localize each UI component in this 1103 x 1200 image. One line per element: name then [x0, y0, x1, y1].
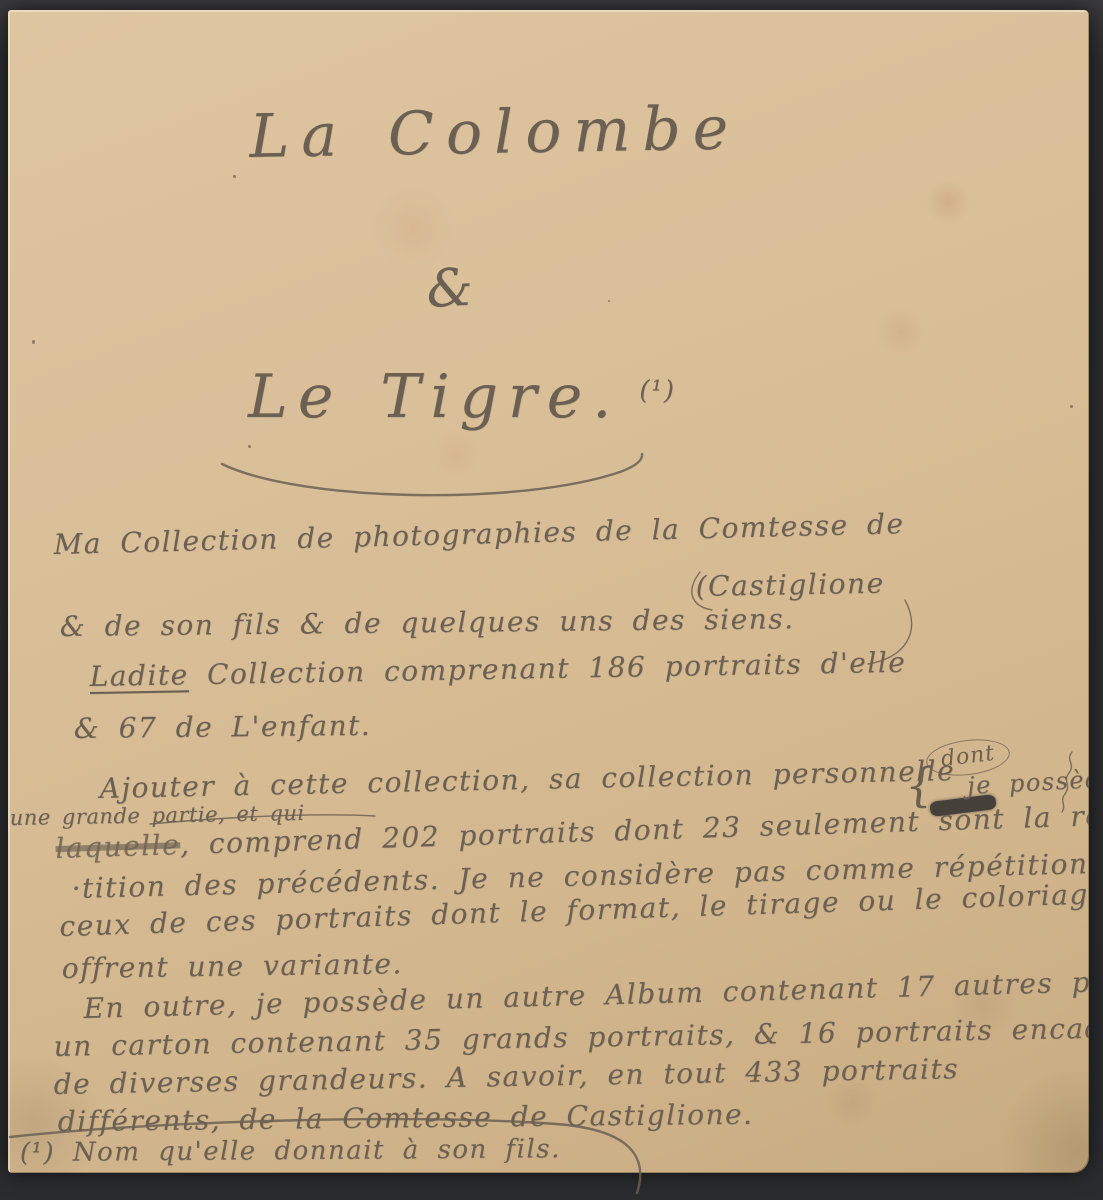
paper-speck [248, 445, 251, 448]
body-line-6: Ajouter à cette collection, sa collectio… [99, 754, 955, 805]
paper-speck [233, 175, 236, 178]
body-line-3: & de son fils & de quelques uns des sien… [60, 602, 795, 643]
paper-speck [1070, 405, 1073, 408]
paper-speck [608, 300, 610, 302]
title-ampersand: & [425, 258, 476, 320]
footnote-reference: (¹) [639, 376, 676, 406]
body-line-14: différents, de la Comtesse de Castiglion… [58, 1098, 754, 1138]
body-line-4-rest: Collection comprenant 186 portraits d'el… [188, 646, 906, 692]
title-la-colombe: La Colombe [249, 93, 741, 172]
title-le-tigre: Le Tigre. [248, 362, 621, 432]
underlined-word-ladite: Ladite [89, 658, 189, 693]
struck-word-laquelle: laquelle [55, 828, 181, 865]
body-line-2-castiglione: (Castiglione [695, 567, 884, 603]
manuscript-photo: La Colombe & Le Tigre.(¹) Ma Collection … [0, 0, 1103, 1200]
footnote-text: (¹) Nom qu'elle donnait à son fils. [20, 1134, 561, 1168]
paper-speck [32, 340, 35, 344]
body-line-1: Ma Collection de photographies de la Com… [53, 507, 905, 561]
manuscript-page: La Colombe & Le Tigre.(¹) Ma Collection … [8, 10, 1089, 1173]
body-line-4: Ladite Collection comprenant 186 portrai… [89, 646, 906, 693]
title-le-tigre-row: Le Tigre.(¹) [248, 362, 676, 432]
body-line-10: offrent une variante. [62, 947, 403, 985]
body-line-5: & 67 de L'enfant. [74, 709, 372, 745]
